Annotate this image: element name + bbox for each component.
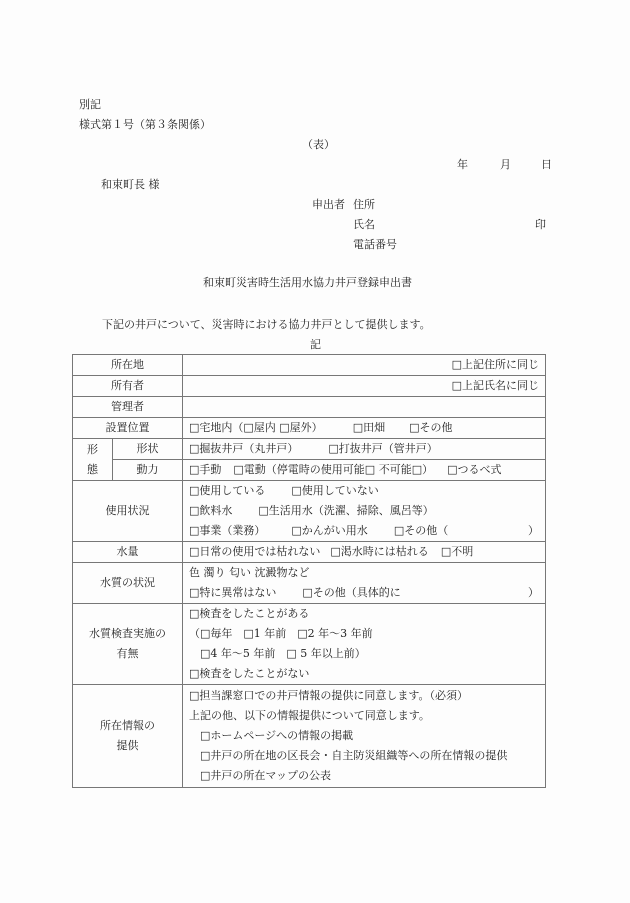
power-electric-checkbox[interactable]: □電動（停電時の使用可能□ 不可能□） xyxy=(233,463,433,476)
shape-options: □掘抜井戸（丸井戸）□打抜井戸（管井戸） xyxy=(183,439,546,460)
quality-hint: 色 濁り 匂い 沈澱物など xyxy=(189,563,539,583)
seal-mark: 印 xyxy=(535,218,546,232)
ki-label: 記 xyxy=(310,338,321,352)
date-month[interactable]: 月 xyxy=(500,158,511,172)
inspection-frequency-options-2[interactable]: □4 年～5 年前 □ 5 年以上前） xyxy=(189,644,539,664)
shape-dug-checkbox[interactable]: □掘抜井戸（丸井戸） xyxy=(189,442,298,455)
volume-never-dry-checkbox[interactable]: □日常の使用では枯れない xyxy=(189,545,320,558)
info-map-checkbox[interactable]: □井戸の所在マップの公表 xyxy=(189,766,539,786)
inspection-frequency-options-1[interactable]: （□毎年 □1 年前 □2 年～3 年前 xyxy=(189,624,539,644)
position-options: □宅地内（□屋内 □屋外）□田畑□その他 xyxy=(183,418,546,439)
label-inspection: 水質検査実施の有無 xyxy=(73,604,183,685)
label-volume: 水量 xyxy=(73,542,183,563)
phone-field[interactable]: 電話番号 xyxy=(353,238,397,252)
manager-field[interactable] xyxy=(183,397,546,418)
appendix-label: 別記 xyxy=(79,98,101,112)
usage-in-use-checkbox[interactable]: □使用している xyxy=(189,484,265,497)
volume-unknown-checkbox[interactable]: □不明 xyxy=(441,545,473,558)
row-usage: 使用状況 □使用している□使用していない □飲料水□生活用水（洗濯、掃除、風呂等… xyxy=(73,481,546,542)
position-field-checkbox[interactable]: □田畑 xyxy=(353,421,385,434)
quality-other-checkbox[interactable]: □その他（具体的に xyxy=(302,586,400,599)
label-position: 設置位置 xyxy=(73,418,183,439)
side-label: （表） xyxy=(302,138,335,152)
row-manager: 管理者 xyxy=(73,397,546,418)
usage-domestic-checkbox[interactable]: □生活用水（洗濯、掃除、風呂等） xyxy=(258,504,433,517)
row-power: 動力 □手動□電動（停電時の使用可能□ 不可能□）□つるべ式 xyxy=(73,460,546,481)
addressee: 和束町長 様 xyxy=(101,178,160,192)
label-quality: 水質の状況 xyxy=(73,563,183,604)
power-bucket-checkbox[interactable]: □つるべ式 xyxy=(447,463,501,476)
info-counter-consent-checkbox[interactable]: □担当課窓口での井戸情報の提供に同意します。（必須） xyxy=(189,686,539,706)
row-owner: 所有者 □上記氏名に同じ xyxy=(73,376,546,397)
label-power: 動力 xyxy=(113,460,183,481)
usage-not-in-use-checkbox[interactable]: □使用していない xyxy=(291,484,378,497)
label-owner: 所有者 xyxy=(73,376,183,397)
power-manual-checkbox[interactable]: □手動 xyxy=(189,463,221,476)
row-position: 設置位置 □宅地内（□屋内 □屋外）□田畑□その他 xyxy=(73,418,546,439)
row-info: 所在情報の提供 □担当課窓口での井戸情報の提供に同意します。（必須） 上記の他、… xyxy=(73,685,546,788)
volume-dry-drought-checkbox[interactable]: □渇水時には枯れる xyxy=(330,545,428,558)
applicant-label: 申出者 xyxy=(312,198,345,212)
usage-irrigation-checkbox[interactable]: □かんがい用水 xyxy=(291,524,367,537)
row-volume: 水量 □日常の使用では枯れない□渇水時には枯れる□不明 xyxy=(73,542,546,563)
usage-other-checkbox[interactable]: □その他（ xyxy=(394,524,448,537)
label-location: 所在地 xyxy=(73,355,183,376)
address-field[interactable]: 住所 xyxy=(353,198,375,212)
inspection-never-checkbox[interactable]: □検査をしたことがない xyxy=(189,664,539,684)
inspection-options: □検査をしたことがある （□毎年 □1 年前 □2 年～3 年前 □4 年～5 … xyxy=(183,604,546,685)
name-field[interactable]: 氏名 xyxy=(353,218,375,232)
info-options: □担当課窓口での井戸情報の提供に同意します。（必須） 上記の他、以下の情報提供に… xyxy=(183,685,546,788)
date-year[interactable]: 年 xyxy=(457,158,468,172)
owner-field[interactable]: □上記氏名に同じ xyxy=(183,376,546,397)
label-form: 形態 xyxy=(73,439,113,481)
label-info: 所在情報の提供 xyxy=(73,685,183,788)
label-shape: 形状 xyxy=(113,439,183,460)
row-quality: 水質の状況 色 濁り 匂い 沈澱物など □特に異常はない□その他（具体的に） xyxy=(73,563,546,604)
info-consent-text: 上記の他、以下の情報提供について同意します。 xyxy=(189,706,539,726)
quality-options: 色 濁り 匂い 沈澱物など □特に異常はない□その他（具体的に） xyxy=(183,563,546,604)
info-homepage-checkbox[interactable]: □ホームページへの情報の掲載 xyxy=(189,726,539,746)
date-day[interactable]: 日 xyxy=(541,158,552,172)
usage-options: □使用している□使用していない □飲料水□生活用水（洗濯、掃除、風呂等） □事業… xyxy=(183,481,546,542)
same-name-checkbox[interactable]: □上記氏名に同じ xyxy=(452,376,539,396)
intro-text: 下記の井戸について、災害時における協力井戸として提供します。 xyxy=(102,318,431,332)
position-other-checkbox[interactable]: □その他 xyxy=(409,421,452,434)
shape-driven-checkbox[interactable]: □打抜井戸（管井戸） xyxy=(328,442,437,455)
volume-options: □日常の使用では枯れない□渇水時には枯れる□不明 xyxy=(183,542,546,563)
row-location: 所在地 □上記住所に同じ xyxy=(73,355,546,376)
info-district-checkbox[interactable]: □井戸の所在地の区長会・自主防災組織等への所在情報の提供 xyxy=(189,746,539,766)
power-options: □手動□電動（停電時の使用可能□ 不可能□）□つるべ式 xyxy=(183,460,546,481)
location-field[interactable]: □上記住所に同じ xyxy=(183,355,546,376)
row-inspection: 水質検査実施の有無 □検査をしたことがある （□毎年 □1 年前 □2 年～3 … xyxy=(73,604,546,685)
registration-table: 所在地 □上記住所に同じ 所有者 □上記氏名に同じ 管理者 設置位置 □宅地内（… xyxy=(72,354,546,788)
position-residential-checkbox[interactable]: □宅地内（□屋内 □屋外） xyxy=(189,421,323,434)
row-shape: 形態 形状 □掘抜井戸（丸井戸）□打抜井戸（管井戸） xyxy=(73,439,546,460)
label-manager: 管理者 xyxy=(73,397,183,418)
same-address-checkbox[interactable]: □上記住所に同じ xyxy=(452,355,539,375)
quality-normal-checkbox[interactable]: □特に異常はない xyxy=(189,586,276,599)
usage-drinking-checkbox[interactable]: □飲料水 xyxy=(189,504,232,517)
form-number: 様式第１号（第３条関係） xyxy=(79,118,211,132)
usage-business-checkbox[interactable]: □事業（業務） xyxy=(189,524,265,537)
document-title: 和束町災害時生活用水協力井戸登録申出書 xyxy=(203,276,412,290)
label-usage: 使用状況 xyxy=(73,481,183,542)
inspection-done-checkbox[interactable]: □検査をしたことがある xyxy=(189,604,539,624)
